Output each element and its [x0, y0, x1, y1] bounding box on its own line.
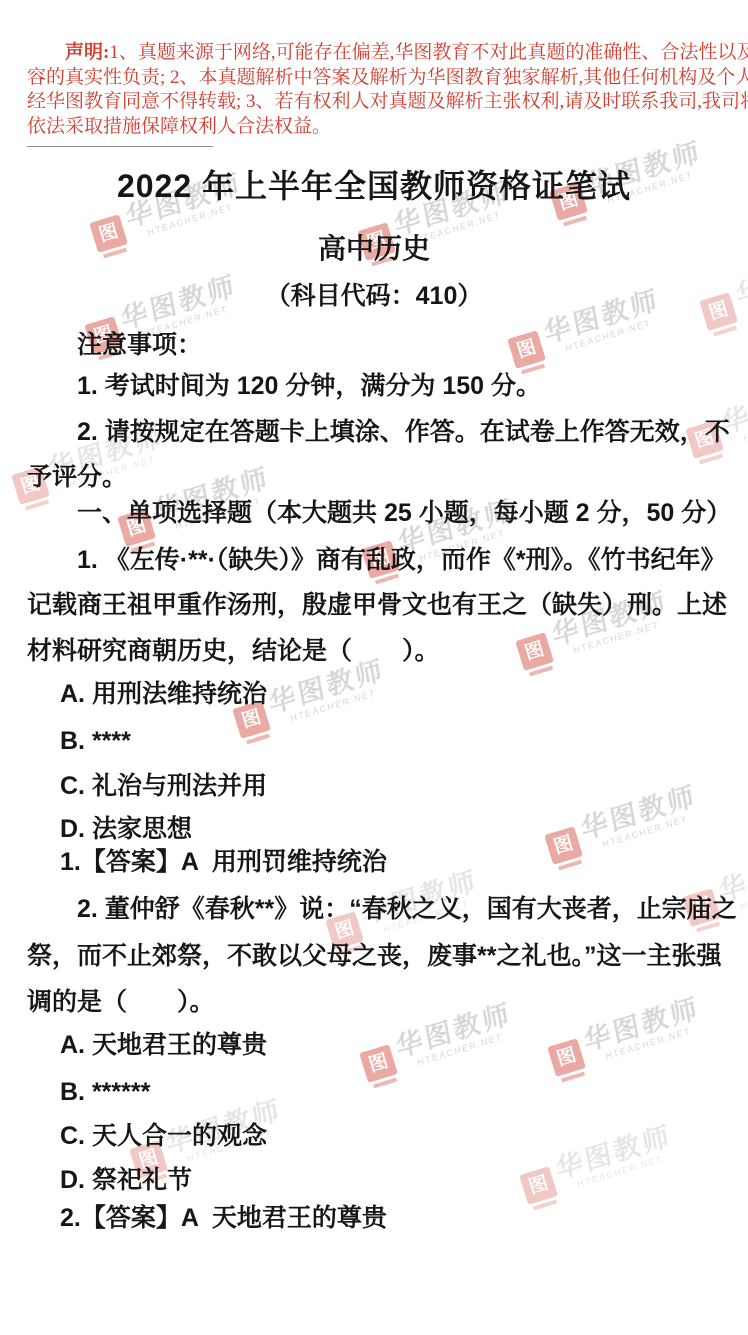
section-heading: 一、单项选择题（本大题共 25 小题，每小题 2 分，50 分） [77, 498, 731, 529]
document-content: 声明:1、真题来源于网络,可能存在偏差,华图教育不对此真题的准确性、合法性以及内… [0, 0, 748, 1335]
notice-item-2-continued: 予评分。 [27, 462, 127, 493]
subject-code: （科目代码：410） [0, 281, 748, 312]
question-2-option-b: B. ****** [60, 1077, 150, 1108]
question-2-stem-line-2: 祭，而不止郊祭，不敢以父母之丧，废事**之礼也。”这一主张强 [27, 941, 721, 972]
question-2-stem-line-1: 2. 董仲舒《春秋**》说：“春秋之义，国有大丧者，止宗庙之 [77, 894, 737, 925]
question-2-option-c: C. 天人合一的观念 [60, 1121, 267, 1152]
question-1-answer: 1.【答案】A 用刑罚维持统治 [60, 847, 387, 878]
disclaimer-label: 声明: [65, 42, 109, 63]
notice-heading: 注意事项： [77, 330, 202, 361]
subject-title: 高中历史 [0, 231, 748, 266]
question-1-option-d: D. 法家思想 [60, 814, 192, 845]
question-1-stem-line-1: 1. 《左传·**·（缺失）》商有乱政，而作《*刑》。《竹书纪年》 [77, 545, 726, 576]
notice-item-2: 2. 请按规定在答题卡上填涂、作答。在试卷上作答无效，不 [77, 417, 730, 448]
page-title: 2022 年上半年全国教师资格证笔试 [0, 166, 748, 206]
disclaimer-line: 容的真实性负责; 2、本真题解析中答案及解析为华图教育独家解析,其他任何机构及个… [27, 66, 728, 91]
question-2-option-a: A. 天地君王的尊贵 [60, 1030, 267, 1061]
exam-paper-page: 图华图教师HTEACHER.NET 图华图教师HTEACHER.NET 图华图教… [0, 0, 748, 1335]
question-1-option-c: C. 礼治与刑法并用 [60, 771, 267, 802]
disclaimer-divider [27, 146, 213, 147]
question-1-stem-line-2: 记载商王祖甲重作汤刑，殷虚甲骨文也有王之（缺失）刑。上述 [27, 590, 727, 621]
question-2-answer: 2.【答案】A 天地君王的尊贵 [60, 1203, 387, 1234]
question-1-option-a: A. 用刑法维持统治 [60, 679, 267, 710]
disclaimer-line: 依法采取措施保障权利人合法权益。 [27, 115, 728, 140]
notice-item-1: 1. 考试时间为 120 分钟，满分为 150 分。 [77, 371, 541, 402]
disclaimer-line: 声明:1、真题来源于网络,可能存在偏差,华图教育不对此真题的准确性、合法性以及内 [27, 41, 728, 66]
disclaimer: 声明:1、真题来源于网络,可能存在偏差,华图教育不对此真题的准确性、合法性以及内… [27, 41, 728, 139]
question-2-stem-line-3: 调的是（ ）。 [27, 987, 215, 1018]
question-2-option-d: D. 祭祀礼节 [60, 1165, 192, 1196]
question-1-stem-line-3: 材料研究商朝历史，结论是（ ）。 [27, 636, 440, 667]
question-1-option-b: B. **** [60, 726, 131, 757]
disclaimer-line: 经华图教育同意不得转载; 3、若有权利人对真题及解析主张权利,请及时联系我司,我… [27, 90, 728, 115]
